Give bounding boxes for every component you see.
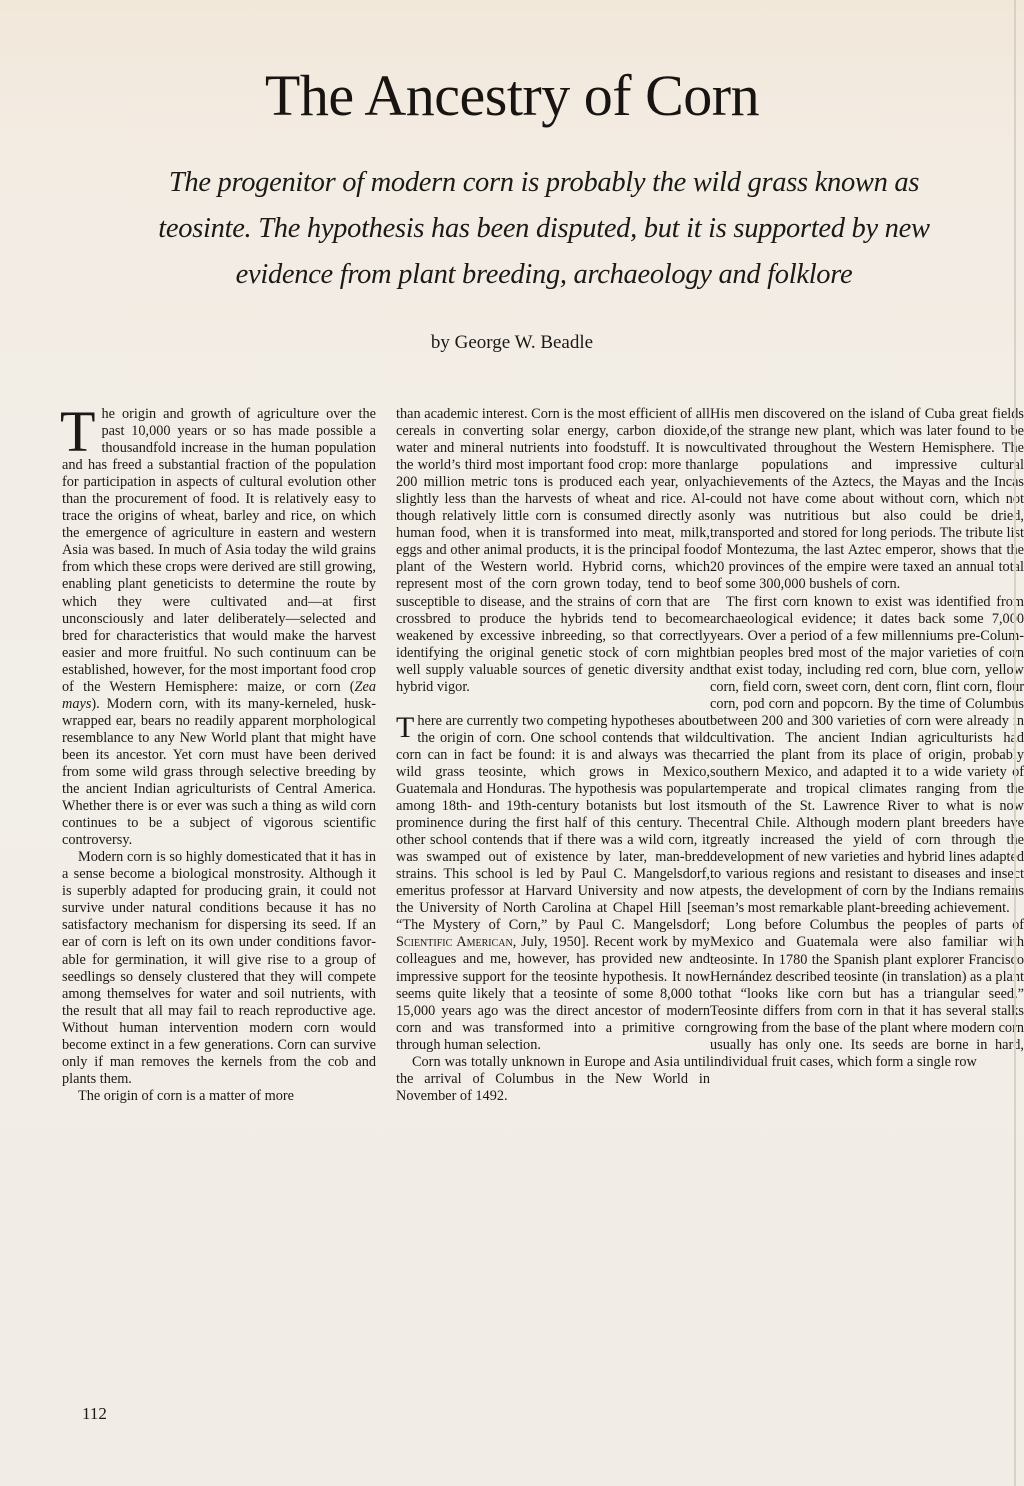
paragraph-text: here are currently two competing hypothe… [396,713,710,934]
paragraph-text: he origin and growth of agricul­ture ove… [62,406,376,695]
article-deck: The progenitor of modern corn is probabl… [140,160,948,298]
drop-cap: T [60,409,95,455]
text-column-1: The origin and growth of agricul­ture ov… [62,406,376,1105]
paragraph: There are currently two competing hypoth… [396,713,710,1054]
drop-cap: T [396,715,414,741]
paragraph: The origin and growth of agricul­ture ov… [62,406,376,849]
paragraph: His men discovered on the island of Cuba… [710,406,1024,594]
paragraph-text: ). Mod­ern corn, with its many-kerneled,… [62,696,376,848]
paragraph-text: , July, 1950]. Recent work by my col­lea… [396,934,710,1052]
paragraph: The first corn known to exist was iden­t… [710,594,1024,918]
paragraph: Long before Columbus the peoples of part… [710,917,1024,1070]
article-byline: by George W. Beadle [0,332,1024,354]
paragraph: than academic interest. Corn is the most… [396,406,710,696]
page-number: 112 [82,1404,107,1424]
publication-name: Scientific American [396,934,513,950]
paragraph: Modern corn is so highly domesticat­ed t… [62,849,376,1088]
text-column-3: His men discovered on the island of Cuba… [710,406,1024,1071]
paragraph: Corn was totally unknown in Europe and A… [396,1054,710,1105]
text-column-2: than academic interest. Corn is the most… [396,406,710,1105]
article-title: The Ancestry of Corn [0,62,1024,129]
magazine-page: The Ancestry of Corn The progenitor of m… [0,0,1024,1486]
paragraph: The origin of corn is a matter of more [62,1088,376,1105]
section-break [396,696,710,713]
